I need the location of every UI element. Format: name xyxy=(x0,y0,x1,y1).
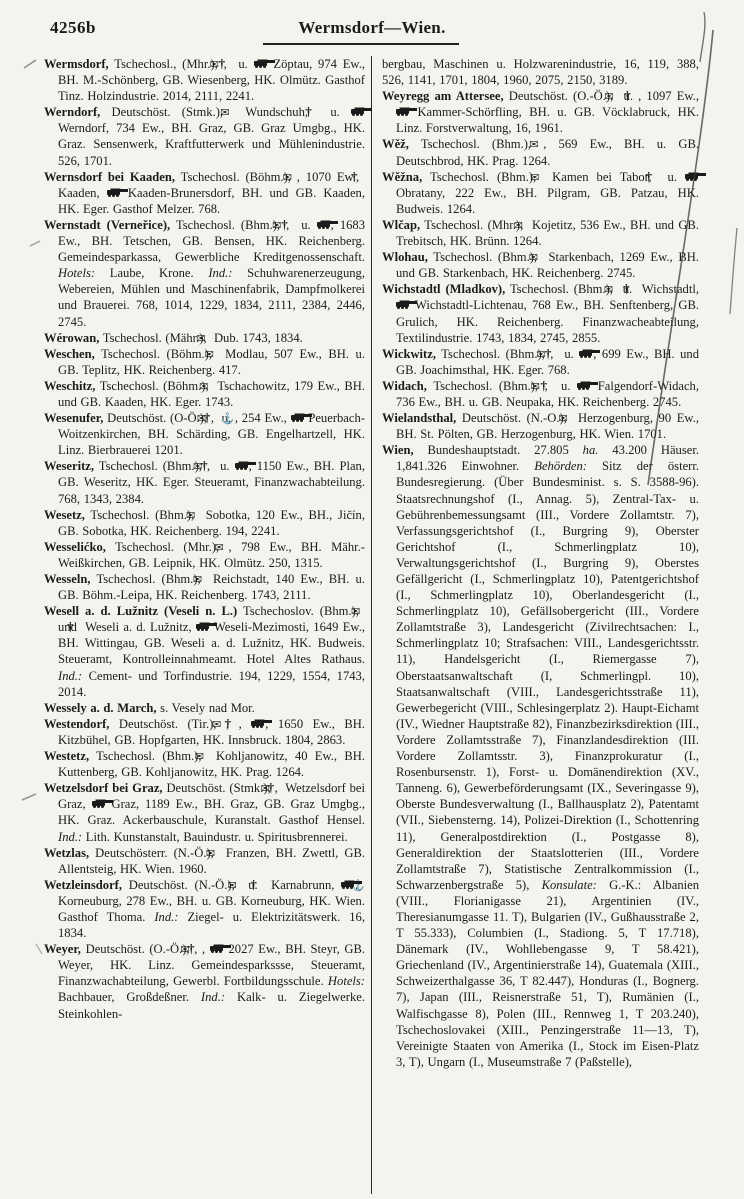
directory-entry: Widach, Tschechosl. (Bhm.), , u. Falgend… xyxy=(382,378,699,410)
entry-text: , xyxy=(550,347,559,361)
entry-headword: Weyer, xyxy=(44,942,81,956)
entry-headword: Wesenufer, xyxy=(44,411,103,425)
railway-icon xyxy=(579,349,593,359)
entry-text: Dub. 1743, 1834. xyxy=(210,331,302,345)
railway-icon xyxy=(235,461,249,471)
entry-text: Bachbauer, Großdeßner. xyxy=(58,990,201,1004)
entry-text: Tschechosl. (Bhm.), xyxy=(85,508,200,522)
entry-text: u. xyxy=(559,347,579,361)
directory-entry: Wetzelsdorf bei Graz, Deutschöst. (Stmk.… xyxy=(44,780,365,844)
railway-icon xyxy=(317,220,331,230)
entry-headword: Wien, xyxy=(382,443,414,457)
entry-text: Deutschöst. (N.-Ö.), xyxy=(122,878,242,892)
entry-headword: Wichstadtl (Mladkov), xyxy=(382,282,505,296)
entry-text: Tschechosl. (Bhm.), xyxy=(422,170,544,184)
railway-icon xyxy=(210,944,224,954)
entry-text: Konsulate: xyxy=(542,878,597,892)
directory-entry: Wlohau, Tschechosl. (Bhm.), Starkenbach,… xyxy=(382,249,699,281)
directory-entry: Wichstadtl (Mladkov), Tschechosl. (Bhm.)… xyxy=(382,281,699,345)
directory-entry: Wien, Bundeshauptstadt. 27.805 ha. 43.20… xyxy=(382,442,699,1070)
entry-headword: Wěž, xyxy=(382,137,409,151)
entry-text: Tschechosl. (Bhm.), xyxy=(91,572,207,586)
directory-entry: Weseritz, Tschechosl. (Bhm.), , u. , 115… xyxy=(44,458,365,506)
directory-entry: Weschen, Tschechosl. (Böhm.), Modlau, 50… xyxy=(44,346,365,378)
right-column: bergbau, Maschinen u. Holzwarenindustrie… xyxy=(372,56,699,1194)
directory-entry: Wielandsthal, Deutschöst. (N.-O.), Herzo… xyxy=(382,410,699,442)
entry-text: , xyxy=(194,942,202,956)
entry-text: Deutschöst. (O.-Ö.), xyxy=(81,942,194,956)
entry-text: u. xyxy=(295,218,316,232)
railway-icon xyxy=(341,880,355,890)
directory-entry: Weyregg am Attersee, Deutschöst. (O.-Ö.)… xyxy=(382,88,699,136)
entry-text: , 1097 Ew., xyxy=(638,89,699,103)
entry-headword: Wlohau, xyxy=(382,250,428,264)
entry-text: , xyxy=(202,942,210,956)
entry-text: Tschechoslov. (Bhm.), xyxy=(237,604,365,618)
directory-entry: Wérowan, Tschechosl. (Mähr.), Dub. 1743,… xyxy=(44,330,365,346)
entry-text: u. xyxy=(660,170,685,184)
two-column-text: Wermsdorf, Tschechosl., (Mhr.), , u. Zöp… xyxy=(44,56,712,1194)
entry-text: Wichstadtl, xyxy=(637,282,699,296)
entry-text: Behörden: xyxy=(534,459,587,473)
entry-headword: Wernsdorf bei Kaaden, xyxy=(44,170,175,184)
entry-headword: Wermsdorf, xyxy=(44,57,109,71)
entry-text: Tschechosl. (Mähr.), xyxy=(99,331,210,345)
entry-text: Obratany, 222 Ew., BH. Pilgram, GB. Patz… xyxy=(396,186,699,216)
entry-text: Lith. Kunstanstalt, Bauindustr. u. Spiri… xyxy=(82,830,348,844)
entry-text: Deutschöst. (O.-Ö.), xyxy=(504,89,619,103)
entry-headword: Wesell a. d. Lužnitz (Veseli n. L.) xyxy=(44,604,237,618)
entry-text: u. xyxy=(319,105,351,119)
entry-text: , xyxy=(275,781,282,795)
entry-text: u. xyxy=(233,57,254,71)
entry-text: Weseli a. d. Lužnitz, xyxy=(81,620,196,634)
directory-entry: Wlčap, Tschechosl. (Mhr.), Kojetitz, 536… xyxy=(382,217,699,249)
page-header: 4256b Wermsdorf—Wien. xyxy=(0,16,744,50)
entry-headword: Weyregg am Attersee, xyxy=(382,89,504,103)
entry-headword: Wlčap, xyxy=(382,218,420,232)
directory-entry: Wěžna, Tschechosl. (Bhm.), Kamen bei Tab… xyxy=(382,169,699,217)
entry-text: ha. xyxy=(583,443,599,457)
railway-icon xyxy=(107,188,121,198)
directory-entry: Wesenufer, Deutschöst. (O-Ö.), , u. , 25… xyxy=(44,410,365,458)
entry-text: Bundeshauptstadt. 27.805 xyxy=(414,443,583,457)
railway-icon xyxy=(196,622,210,632)
directory-entry: Wetzleinsdorf, Deutschöst. (N.-Ö.), u. K… xyxy=(44,877,365,941)
entry-headword: Wesseln, xyxy=(44,572,91,586)
directory-entry: Wesell a. d. Lužnitz (Veseli n. L.) Tsch… xyxy=(44,603,365,700)
header-rule xyxy=(263,43,459,45)
entry-headword: Weschitz, xyxy=(44,379,95,393)
directory-entry: Wernstadt (Verneřice), Tschechosl. (Bhm.… xyxy=(44,217,365,330)
entry-text: Deutschöst. (Tir.), xyxy=(109,717,226,731)
railway-icon xyxy=(351,107,365,117)
directory-entry: Weyer, Deutschöst. (O.-Ö.), , , 2027 Ew.… xyxy=(44,941,365,1021)
railway-icon xyxy=(254,59,268,69)
entry-text: Ind.: xyxy=(58,669,82,683)
entry-text: Kammer-Schörfling, BH. u. GB. Vöcklabruc… xyxy=(396,105,699,135)
entry-text: Deutschöst. (O-Ö.), xyxy=(103,411,211,425)
entry-text: Tschechosl. (Bhm.), xyxy=(94,459,207,473)
directory-entry: Wessely a. d. March, s. Vesely nad Mor. xyxy=(44,700,365,716)
entry-text: u. xyxy=(554,379,577,393)
entry-text: Kamen bei Tabor, xyxy=(544,170,659,184)
directory-entry: Wickwitz, Tschechosl. (Bhm.), , u. , 699… xyxy=(382,346,699,378)
railway-icon xyxy=(685,172,699,182)
railway-icon xyxy=(396,300,410,310)
directory-entry: Wermsdorf, Tschechosl., (Mhr.), , u. Zöp… xyxy=(44,56,365,104)
entry-text: G.-K.: Albanien (VIII., Florianigasse 21… xyxy=(396,878,699,1069)
entry-headword: Wetzlas, xyxy=(44,846,89,860)
entry-text: Karnabrunn, xyxy=(264,878,341,892)
entry-text: Wichstadtl-Lichtenau, 768 Ew., BH. Senft… xyxy=(396,298,699,344)
entry-text: Sitz der österr. Bundesregierung. (Über … xyxy=(396,459,699,891)
directory-entry: Werndorf, Deutschöst. (Stmk.), Wundschuh… xyxy=(44,104,365,168)
directory-page: 4256b Wermsdorf—Wien. Wermsdorf, Tschech… xyxy=(0,0,744,1199)
entry-headword: Weseritz, xyxy=(44,459,94,473)
entry-text: s. Vesely nad Mor. xyxy=(157,701,255,715)
entry-headword: Wessely a. d. March, xyxy=(44,701,157,715)
entry-text: u. xyxy=(215,459,234,473)
entry-text: Deutschöst. (Stmk.), xyxy=(163,781,275,795)
entry-text: Tschechosl. (Bhm.), xyxy=(170,218,286,232)
directory-entry: Wernsdorf bei Kaaden, Tschechosl. (Böhm.… xyxy=(44,169,365,217)
entry-headword: Werndorf, xyxy=(44,105,100,119)
entry-text: , xyxy=(211,411,218,425)
entry-text: Cement- und Torfindustrie. 194, 1229, 15… xyxy=(58,669,365,699)
directory-entry: Wesetz, Tschechosl. (Bhm.), Sobotka, 120… xyxy=(44,507,365,539)
entry-text: Ind.: xyxy=(154,910,178,924)
entry-text: Tschechosl. (Bhm.), xyxy=(409,137,543,151)
entry-headword: Wěžna, xyxy=(382,170,422,184)
entry-headword: Wickwitz, xyxy=(382,347,436,361)
directory-entry: Wetzlas, Deutschösterr. (N.-Ö.), Franzen… xyxy=(44,845,365,877)
entry-text: Tschechosl. (Bhm.), xyxy=(436,347,550,361)
entry-text: Ind.: xyxy=(58,830,82,844)
entry-text: Hotels: xyxy=(58,266,95,280)
directory-entry: Wesselićko, Tschechosl. (Mhr.), , 798 Ew… xyxy=(44,539,365,571)
entry-text: bergbau, Maschinen u. Holzwarenindustrie… xyxy=(382,57,699,87)
entry-headword: Wérowan, xyxy=(44,331,99,345)
entry-text: , xyxy=(207,459,215,473)
railway-icon xyxy=(396,107,410,117)
entry-text: Kaaden, xyxy=(58,186,107,200)
directory-entry: Wěž, Tschechosl. (Bhm.), , 569 Ew., BH. … xyxy=(382,136,699,168)
railway-icon xyxy=(291,413,305,423)
entry-text: Tschechosl. (Bhm.), xyxy=(89,749,209,763)
entry-text: Tschechosl. (Bhm.), xyxy=(505,282,618,296)
entry-text: , xyxy=(239,717,252,731)
entry-text: Deutschöst. (N.-O.), xyxy=(456,411,572,425)
railway-icon xyxy=(92,799,106,809)
entry-headword: Westendorf, xyxy=(44,717,109,731)
page-title: Wermsdorf—Wien. xyxy=(0,18,744,38)
entry-text: Laube, Krone. xyxy=(95,266,208,280)
entry-headword: Westetz, xyxy=(44,749,89,763)
left-column: Wermsdorf, Tschechosl., (Mhr.), , u. Zöp… xyxy=(44,56,371,1194)
entry-text: Tschechosl. (Bhm.), xyxy=(428,250,543,264)
directory-entry: Westetz, Tschechosl. (Bhm.), Kohljanowit… xyxy=(44,748,365,780)
entry-headword: Wesetz, xyxy=(44,508,85,522)
entry-text: Tschechosl., (Mhr.), xyxy=(109,57,224,71)
directory-entry: Weschitz, Tschechosl. (Böhm.), Tschachow… xyxy=(44,378,365,410)
entry-headword: Wesselićko, xyxy=(44,540,106,554)
entry-text: Tschechosl. (Böhm.), xyxy=(175,170,297,184)
entry-text: , 254 Ew., xyxy=(235,411,291,425)
entry-headword: Weschen, xyxy=(44,347,95,361)
entry-headword: Widach, xyxy=(382,379,427,393)
entry-text: Werndorf, 734 Ew., BH. Graz, GB. Graz Um… xyxy=(58,121,365,167)
entry-text: Tschechosl. (Böhm.), xyxy=(95,379,213,393)
directory-entry: bergbau, Maschinen u. Holzwarenindustrie… xyxy=(382,56,699,88)
entry-text: Ind.: xyxy=(201,990,225,1004)
entry-text: Ind.: xyxy=(208,266,232,280)
entry-text: Deutschöst. (Stmk.), xyxy=(100,105,234,119)
entry-text: Hotels: xyxy=(328,974,365,988)
entry-headword: Wielandsthal, xyxy=(382,411,456,425)
entry-text: Tschechosl. (Mhr.), xyxy=(106,540,229,554)
entry-text: Tschechosl. (Böhm.), xyxy=(95,347,219,361)
entry-text: Deutschösterr. (N.-Ö.), xyxy=(89,846,220,860)
entry-headword: Wetzleinsdorf, xyxy=(44,878,122,892)
entry-text: Tschechosl. (Mhr.), xyxy=(420,218,528,232)
entry-headword: Wernstadt (Verneřice), xyxy=(44,218,170,232)
directory-entry: Westendorf, Deutschöst. (Tir.), , , , 16… xyxy=(44,716,365,748)
railway-icon xyxy=(251,719,265,729)
railway-icon xyxy=(577,381,591,391)
directory-entry: Wesseln, Tschechosl. (Bhm.), Reichstadt,… xyxy=(44,571,365,603)
entry-headword: Wetzelsdorf bei Graz, xyxy=(44,781,163,795)
entry-text: Tschechosl. (Bhm.), xyxy=(427,379,545,393)
